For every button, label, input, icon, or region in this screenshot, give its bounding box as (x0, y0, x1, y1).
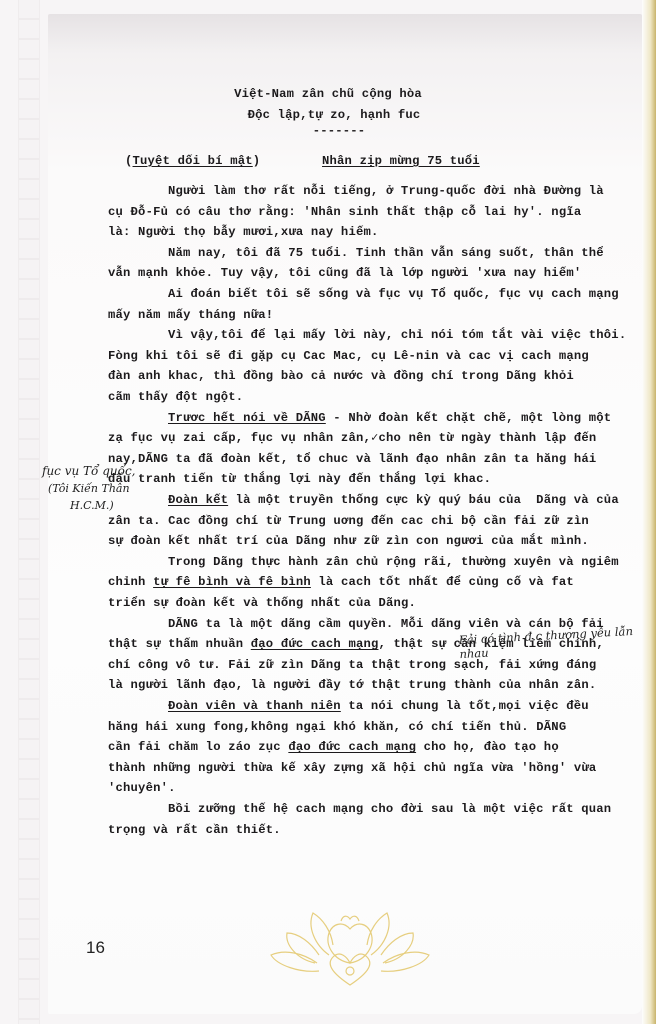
body-line: Vì vậy,tôi để lại mấy lời này, chỉ nói t… (168, 325, 626, 346)
body-line: trọng và rất cần thiết. (108, 820, 281, 841)
body-line: Người làm thơ rất nỗi tiếng, ở Trung-quố… (168, 181, 604, 202)
body-line: cần fải chăm lo záo zục đạo đức cach mạn… (108, 737, 559, 758)
document-title: Nhân zịp mừng 75 tuổi (322, 151, 480, 172)
body-line: zân ta. Cac đồng chí từ Trung uơng đến c… (108, 511, 589, 532)
body-line: đàn anh khac, thì đồng bào cả nước và đồ… (108, 366, 574, 387)
handwritten-margin-note-1: fục vụ Tổ quốc, (42, 464, 135, 478)
body-line: Đoàn viên và thanh niên ta nói chung là … (168, 696, 589, 717)
classification-text: Tuyệt dối bí mật (133, 154, 253, 168)
body-line: vẫn mạnh khỏe. Tuy vậy, tôi cũng đã là l… (108, 263, 581, 284)
body-line: hăng hái xung fong,không ngại khó khăn, … (108, 717, 566, 738)
page-number: 16 (86, 938, 105, 958)
body-line: đấu tranh tiến từ thắng lợi này đến thắn… (108, 469, 491, 490)
body-line: mấy năm mấy tháng nữa! (108, 305, 273, 326)
body-line: là người lãnh đạo, là người đầy tớ thật … (108, 675, 596, 696)
body-line: thành những người thừa kế xây zựng xã hộ… (108, 758, 596, 779)
body-line: chỉnh tự fê bình và fê bình là cach tốt … (108, 572, 574, 593)
classification-label: (Tuyệt dối bí mật) (125, 151, 260, 172)
body-line: triển sự đoàn kết và thống nhất của Dãng… (108, 593, 416, 614)
body-line: nay,DÃNG ta đã đoàn kết, tổ chuc và lãnh… (108, 449, 596, 470)
body-line: 'chuyên'. (108, 778, 176, 799)
header-line-1: Việt-Nam zân chũ cộng hòa (0, 84, 656, 105)
body-line: chí công vô tư. Fải zữ zìn Dãng ta thật … (108, 655, 596, 676)
lotus-ornament-icon (255, 905, 445, 995)
handwritten-margin-note-2: (Tôi Kiến Thân (48, 482, 130, 496)
decorative-left-border (18, 0, 40, 1024)
body-line: Năm nay, tôi đã 75 tuổi. Tinh thần vẫn s… (168, 243, 604, 264)
header-divider: ------- (0, 121, 656, 142)
body-line: Đoàn kết là một truyền thống cực kỳ quý … (168, 490, 619, 511)
body-line: Ai đoán biết tôi sẽ sống và fục vụ Tổ qu… (168, 284, 619, 305)
underlined-phrase: Đoàn viên và thanh niên (168, 699, 341, 713)
book-edge (642, 0, 656, 1024)
body-line: Trong Dãng thực hành zân chủ rộng rãi, t… (168, 552, 619, 573)
body-line: Bồi zưỡng thế hệ cach mạng cho đời sau l… (168, 799, 611, 820)
underlined-phrase: Đoàn kết (168, 493, 228, 507)
handwritten-margin-note-3: H.C.M.) (70, 499, 114, 513)
underlined-phrase: đạo đức cach mạng (251, 637, 379, 651)
body-line: Fòng khi tôi sẽ đi gặp cụ Cac Mac, cụ Lê… (108, 346, 589, 367)
body-line: cụ Đỗ-Fủ có câu thơ rằng: 'Nhân sinh thấ… (108, 202, 581, 223)
body-line: zạ fục vụ zai cấp, fục vụ nhân zân,✓cho … (108, 428, 596, 449)
body-line: cãm thấy đột ngột. (108, 387, 243, 408)
body-line: sự đoàn kết nhất trí của Dãng như zữ zìn… (108, 531, 589, 552)
underlined-phrase: tự fê bình và fê bình (153, 575, 311, 589)
underlined-phrase: Trươc hết nói về DÃNG (168, 411, 326, 425)
body-line: là: Người thọ bẫy mươi,xưa nay hiếm. (108, 222, 379, 243)
underlined-phrase: đạo đức cach mạng (288, 740, 416, 754)
body-line: Trươc hết nói về DÃNG - Nhờ đoàn kết chặ… (168, 408, 611, 429)
